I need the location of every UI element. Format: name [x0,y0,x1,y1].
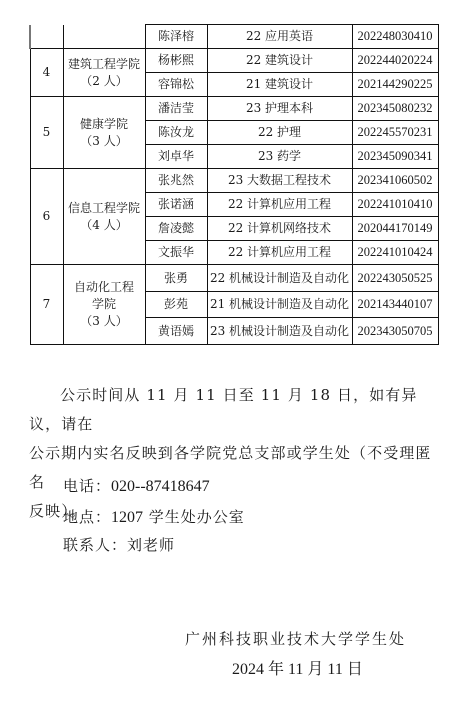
major-cell: 22 机械设计制造及自动化 [207,265,352,292]
college-count: （3 人） [64,133,145,150]
name-cell: 陈泽榕 [145,25,207,49]
major-cell: 21 建筑设计 [207,73,352,97]
student-id-cell: 202243050525 [352,265,438,292]
student-id-cell: 202044170149 [352,217,438,241]
table-row: 6 信息工程学院 （4 人） 张兆然 23 大数据工程技术 2023410605… [30,169,438,193]
index-cell [30,25,63,49]
name-cell: 张兆然 [145,169,207,193]
name-cell: 詹凌懿 [145,217,207,241]
college-cell: 信息工程学院 （4 人） [63,169,145,265]
major-cell: 22 应用英语 [207,25,352,49]
index-cell: 6 [30,169,63,265]
index-cell: 5 [30,97,63,169]
college-name: 自动化工程学院 [70,279,138,313]
name-cell: 张诺涵 [145,193,207,217]
index-cell: 4 [30,49,63,97]
name-cell: 刘卓华 [145,145,207,169]
issuer-name: 广州科技职业技术大学学生处 [185,629,406,649]
name-cell: 黄语嫣 [145,318,207,345]
notice-paragraph: 公示时间从 11 月 11 日至 11 月 18 日，如有异议，请在 公示期内实… [29,381,439,526]
student-id-cell: 202244020224 [352,49,438,73]
award-list-table: 陈泽榕 22 应用英语 202248030410 4 建筑工程学院 （2 人） … [29,24,439,345]
major-cell: 23 机械设计制造及自动化 [207,318,352,345]
college-count: （2 人） [64,73,145,90]
major-cell: 23 护理本科 [207,97,352,121]
contact-phone: 电话：020--87418647 [63,476,210,497]
student-id-cell: 202341060502 [352,169,438,193]
major-cell: 22 计算机网络技术 [207,217,352,241]
contact-person: 联系人：刘老师 [63,535,175,555]
table-row: 5 健康学院 （3 人） 潘洁莹 23 护理本科 202345080232 [30,97,438,121]
name-cell: 彭苑 [145,292,207,318]
name-cell: 容锦松 [145,73,207,97]
major-cell: 23 大数据工程技术 [207,169,352,193]
contact-address: 地点：1207 学生处办公室 [63,507,245,528]
name-cell: 张勇 [145,265,207,292]
name-cell: 潘洁莹 [145,97,207,121]
index-cell: 7 [30,265,63,345]
student-id-cell: 202241010424 [352,241,438,265]
college-name: 建筑工程学院 [64,56,145,73]
college-count: （4 人） [64,217,145,234]
college-cell: 健康学院 （3 人） [63,97,145,169]
issue-date: 2024 年 11 月 11 日 [232,659,363,680]
student-id-cell: 202345090341 [352,145,438,169]
student-id-cell: 202144290225 [352,73,438,97]
notice-line-1: 公示时间从 11 月 11 日至 11 月 18 日，如有异议，请在 [29,381,439,439]
college-cell: 建筑工程学院 （2 人） [63,49,145,97]
student-id-cell: 202343050705 [352,318,438,345]
table-row: 陈泽榕 22 应用英语 202248030410 [30,25,438,49]
student-id-cell: 202248030410 [352,25,438,49]
college-name: 信息工程学院 [64,200,145,217]
college-name: 健康学院 [64,116,145,133]
college-cell: 自动化工程学院 （3 人） [63,265,145,345]
major-cell: 23 药学 [207,145,352,169]
phone-number: 020--87418647 [111,478,210,495]
major-cell: 21 机械设计制造及自动化 [207,292,352,318]
major-cell: 22 计算机应用工程 [207,241,352,265]
name-cell: 陈汝龙 [145,121,207,145]
student-id-cell: 202245570231 [352,121,438,145]
student-id-cell: 202345080232 [352,97,438,121]
major-cell: 22 护理 [207,121,352,145]
table-row: 7 自动化工程学院 （3 人） 张勇 22 机械设计制造及自动化 2022430… [30,265,438,292]
table-row: 4 建筑工程学院 （2 人） 杨彬熙 22 建筑设计 202244020224 [30,49,438,73]
student-id-cell: 202241010410 [352,193,438,217]
name-cell: 杨彬熙 [145,49,207,73]
college-count: （3 人） [64,313,145,330]
major-cell: 22 计算机应用工程 [207,193,352,217]
name-cell: 文振华 [145,241,207,265]
college-cell [63,25,145,49]
student-id-cell: 202143440107 [352,292,438,318]
major-cell: 22 建筑设计 [207,49,352,73]
